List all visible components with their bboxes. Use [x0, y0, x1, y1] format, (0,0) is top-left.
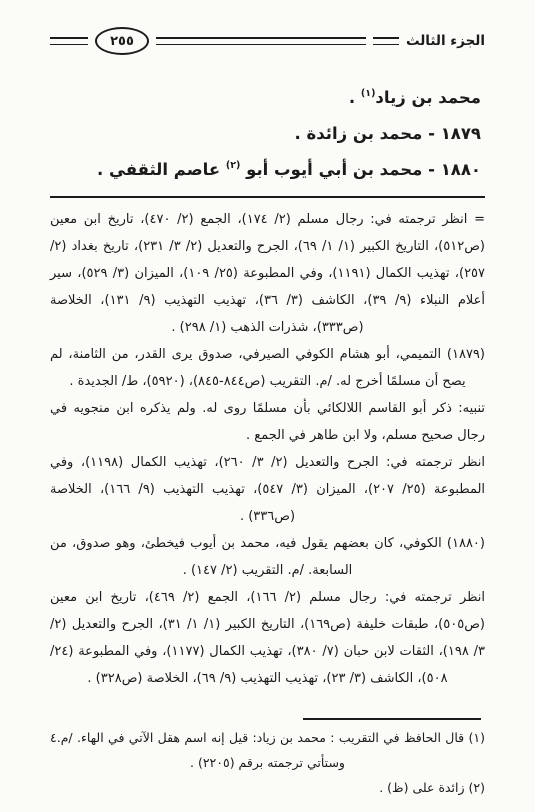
note-paragraph-1879: (١٨٧٩) التميمي، أبو هشام الكوفي الصيرفي،…	[50, 341, 485, 395]
note-paragraph-1880: (١٨٨٠) الكوفي، كان بعضهم يقول فيه، محمد …	[50, 530, 485, 584]
footnote-marker-2: (٢)	[226, 160, 241, 171]
entry-line: ١٨٧٩ - محمد بن زائدة .	[50, 114, 481, 150]
header-rule-right	[373, 37, 399, 45]
entries-section: محمد بن زياد(١) . ١٨٧٩ - محمد بن زائدة .…	[50, 78, 485, 186]
section-title: الجزء الثالث	[406, 33, 485, 49]
page-header: الجزء الثالث ٢٥٥	[50, 26, 485, 56]
note-paragraph-tanbih: تنبيه: ذكر أبو القاسم اللالكائي بأن مسلم…	[50, 395, 485, 449]
entry-text: ١٨٨٠ - محمد بن أبي أيوب أبو	[240, 160, 481, 179]
entry-line: محمد بن زياد(١) .	[50, 78, 481, 114]
footnotes-divider	[303, 718, 481, 720]
entry-text: ١٨٧٩ - محمد بن زائدة .	[294, 124, 481, 143]
header-rule-left	[50, 37, 88, 45]
page-number: ٢٥٥	[110, 35, 134, 48]
entry-line: ١٨٨٠ - محمد بن أبي أيوب أبو (٢) عاصم الث…	[50, 150, 481, 186]
biography-notes: = انظر ترجمته في: رجال مسلم (٢/ ١٧٤)، ال…	[50, 206, 485, 692]
note-paragraph-sources-1880: انظر ترجمته في: رجال مسلم (٢/ ١٦٦)، الجم…	[50, 584, 485, 692]
footnotes-section: (١) قال الحافظ في التقريب : محمد بن زياد…	[50, 718, 485, 800]
entry-text: .	[349, 88, 361, 107]
book-page: الجزء الثالث ٢٥٥ محمد بن زياد(١) . ١٨٧٩ …	[0, 0, 535, 812]
entry-text: عاصم الثقفي .	[97, 160, 226, 179]
entry-text: محمد بن زياد	[375, 88, 481, 107]
footnote-1: (١) قال الحافظ في التقريب : محمد بن زياد…	[50, 725, 485, 775]
notes-divider	[50, 196, 485, 198]
note-paragraph-sources-1879: انظر ترجمته في: الجرح والتعديل (٢/ ٣/ ٢٦…	[50, 449, 485, 530]
page-number-badge: ٢٥٥	[95, 27, 149, 55]
footnote-marker-1: (١)	[361, 88, 376, 99]
footnote-2: (٢) زائدة على (ظ) .	[50, 775, 485, 800]
header-rule-main	[156, 37, 366, 45]
note-paragraph-sources-1879-prev: = انظر ترجمته في: رجال مسلم (٢/ ١٧٤)، ال…	[50, 206, 485, 341]
